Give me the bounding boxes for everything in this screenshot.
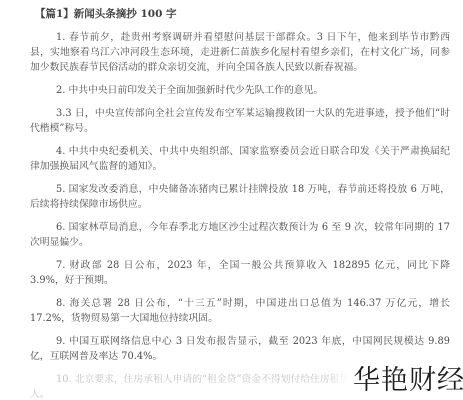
article-title: 【篇1】新闻头条摘抄 100 字 — [35, 7, 450, 22]
news-item-4: 4. 中共中央纪委机关、中共中央组织部、国家监察委员会近日联合印发《关于严肃换届… — [30, 144, 450, 174]
news-item-5: 5. 国家发改委消息，中央储备冻猪肉已累计挂牌投放 18 万吨，春节前还将投放 … — [30, 182, 450, 212]
news-item-6: 6. 国家林草局消息，今年春季北方地区沙尘过程次数预计为 6 至 9 次，较常年… — [30, 220, 450, 250]
watermark-text: 华艳财经 — [327, 365, 463, 395]
article-content: 【篇1】新闻头条摘抄 100 字 1. 春节前夕，赴贵州考察调研并看望慰问基层干… — [0, 0, 463, 400]
news-item-9: 9. 中国互联网络信息中心 3 日发布报告显示，截至 2023 年底，中国网民规… — [30, 334, 450, 364]
article-page: 【篇1】新闻头条摘抄 100 字 1. 春节前夕，赴贵州考察调研并看望慰问基层干… — [0, 0, 463, 400]
news-item-7: 7. 财政部 28 日公布，2023 年，全国一般公共预算收入 182895 亿… — [30, 258, 450, 288]
news-item-2: 2. 中共中央日前印发关于全面加强新时代少先队工作的意见。 — [30, 83, 450, 98]
news-item-1: 1. 春节前夕，赴贵州考察调研并看望慰问基层干部群众。3 日下午，他来到毕节市黔… — [30, 30, 450, 75]
news-item-8: 8. 海关总署 28 日公布，“十三五”时期，中国进出口总值为 146.37 万… — [30, 296, 450, 326]
news-item-3: 3.3 日，中央宣传部向全社会宣传发布空军某运输搜救团一大队的先进事迹，授予他们… — [30, 106, 450, 136]
